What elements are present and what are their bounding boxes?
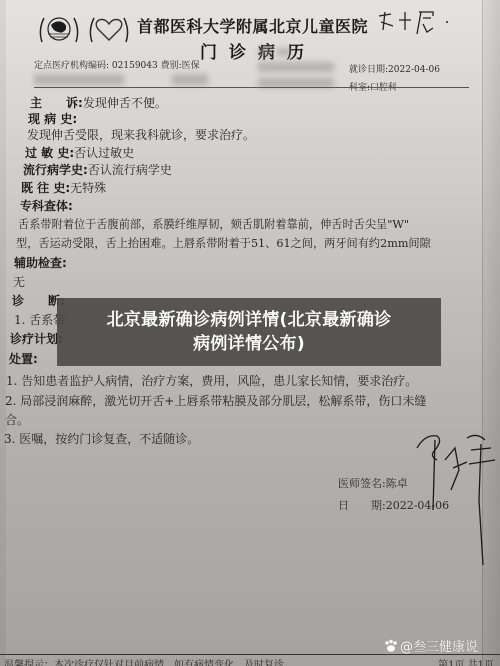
watermark-text: @叁三健康说 [400,636,478,655]
treatment-heading: 处置: [9,350,38,367]
institution-code: 02159043 [112,61,158,71]
header-divider [34,87,469,88]
overlay-title-line-2: 病例详情公布) [193,332,305,356]
present-illness: 发现伸舌受限，现来我科就诊，要求治疗。 [27,126,255,143]
treatment-label: 处置: [9,352,38,366]
allergy-row: 过 敏 史:否认过敏史 [25,144,134,161]
watermark: @叁三健康说 [384,636,478,655]
hospital-name: 首都医科大学附属北京儿童医院 [137,14,368,37]
department-label: 科室: [349,83,370,93]
past-history: 无特殊 [70,181,106,195]
fee-type: 医保 [182,61,200,71]
redacted-field [258,48,272,56]
plan-label: 诊疗计划: [10,332,63,346]
doctor-label: 医师签名: [338,477,386,490]
overlay-title-line-1: 北京最新确诊病例详情(北京最新确诊 [107,308,392,332]
institution-code-label: 定点医疗机构编码: [34,61,109,71]
epidemiology-label: 流行病学史: [23,163,88,177]
exam-line-1: 舌系带附着位于舌腹前部，系膜纤维厚韧，颏舌肌附着靠前，伸舌时舌尖呈"W" [18,216,409,232]
aux-exam-label: 辅助检查: [14,256,67,270]
department-value: 口腔科 [370,83,397,93]
institution-info: 定点医疗机构编码: 02159043 费别:医保 [34,58,200,71]
redacted-field [258,62,334,72]
paw-icon [384,639,398,653]
exam-line-2: 型，舌运动受限，舌上抬困难。上唇系带附着于51、61之间，两牙间有约2mm间隙 [16,235,431,251]
visit-date-label: 就诊日期: [349,65,388,75]
handwritten-note [375,8,455,38]
present-illness-label: 现 病 史: [28,112,77,126]
exam-heading: 专科查体: [20,197,73,214]
medical-record-photo: 首都医科大学附属北京儿童医院 门诊病历 定点医疗机构编码: 02159043 费… [0,0,500,666]
doctor-name: 陈卓 [386,477,408,490]
emblem-icon [36,12,82,46]
present-illness-heading: 现 病 史: [28,110,77,127]
treatment-item-2-cont: 合。 [5,411,29,428]
footer-notice: 温馨提示：本次诊疗仅针对目前病情，如有病情变化，及时复诊。 [4,656,294,666]
headline-overlay: 北京最新确诊病例详情(北京最新确诊 病例详情公布) [57,298,441,366]
redacted-field [277,48,291,56]
redacted-field [172,74,208,85]
plan-heading: 诊疗计划: [10,330,63,347]
redacted-patient-name [34,74,124,85]
allergy: 否认过敏史 [74,146,134,160]
visit-date: 就诊日期:2022-04-06 [349,62,440,75]
epidemiology-row: 流行病学史:否认流行病学史 [23,161,172,178]
allergy-label: 过 敏 史: [25,146,74,160]
page-number: 第1页 共1页 [438,656,494,666]
epidemiology: 否认流行病学史 [88,163,172,177]
aux-exam-heading: 辅助检查: [14,254,67,271]
footer-divider [0,654,500,655]
past-history-row: 既 往 史:无特殊 [21,179,106,196]
exam-label: 专科查体: [20,199,73,213]
doctor-signature-row: 医师签名:陈卓 [338,475,408,491]
handwritten-signature [415,430,500,570]
signature-date-label: 日 期: [338,499,386,512]
heart-emblem-icon [86,12,132,46]
treatment-item-3: 3. 医嘱，按约门诊复查，不适随诊。 [4,430,199,447]
treatment-item-1: 1. 告知患者监护人病情，治疗方案，费用，风险，患儿家长知情，要求治疗。 [6,372,417,389]
aux-exam: 无 [13,273,25,290]
chief-complaint-label: 主 诉: [30,96,83,110]
fee-type-label: 费别: [161,61,182,71]
chief-complaint: 发现伸舌不便。 [83,96,167,110]
treatment-item-2: 2. 局部浸润麻醉，激光切开舌+上唇系带粘膜及部分肌层，松解系带，伤口未缝 [5,392,426,409]
visit-date-value: 2022-04-06 [388,65,440,75]
chief-complaint-row: 主 诉:发现伸舌不便。 [30,94,167,111]
past-history-label: 既 往 史: [21,181,70,195]
record-header: 首都医科大学附属北京儿童医院 门诊病历 定点医疗机构编码: 02159043 费… [0,0,500,100]
